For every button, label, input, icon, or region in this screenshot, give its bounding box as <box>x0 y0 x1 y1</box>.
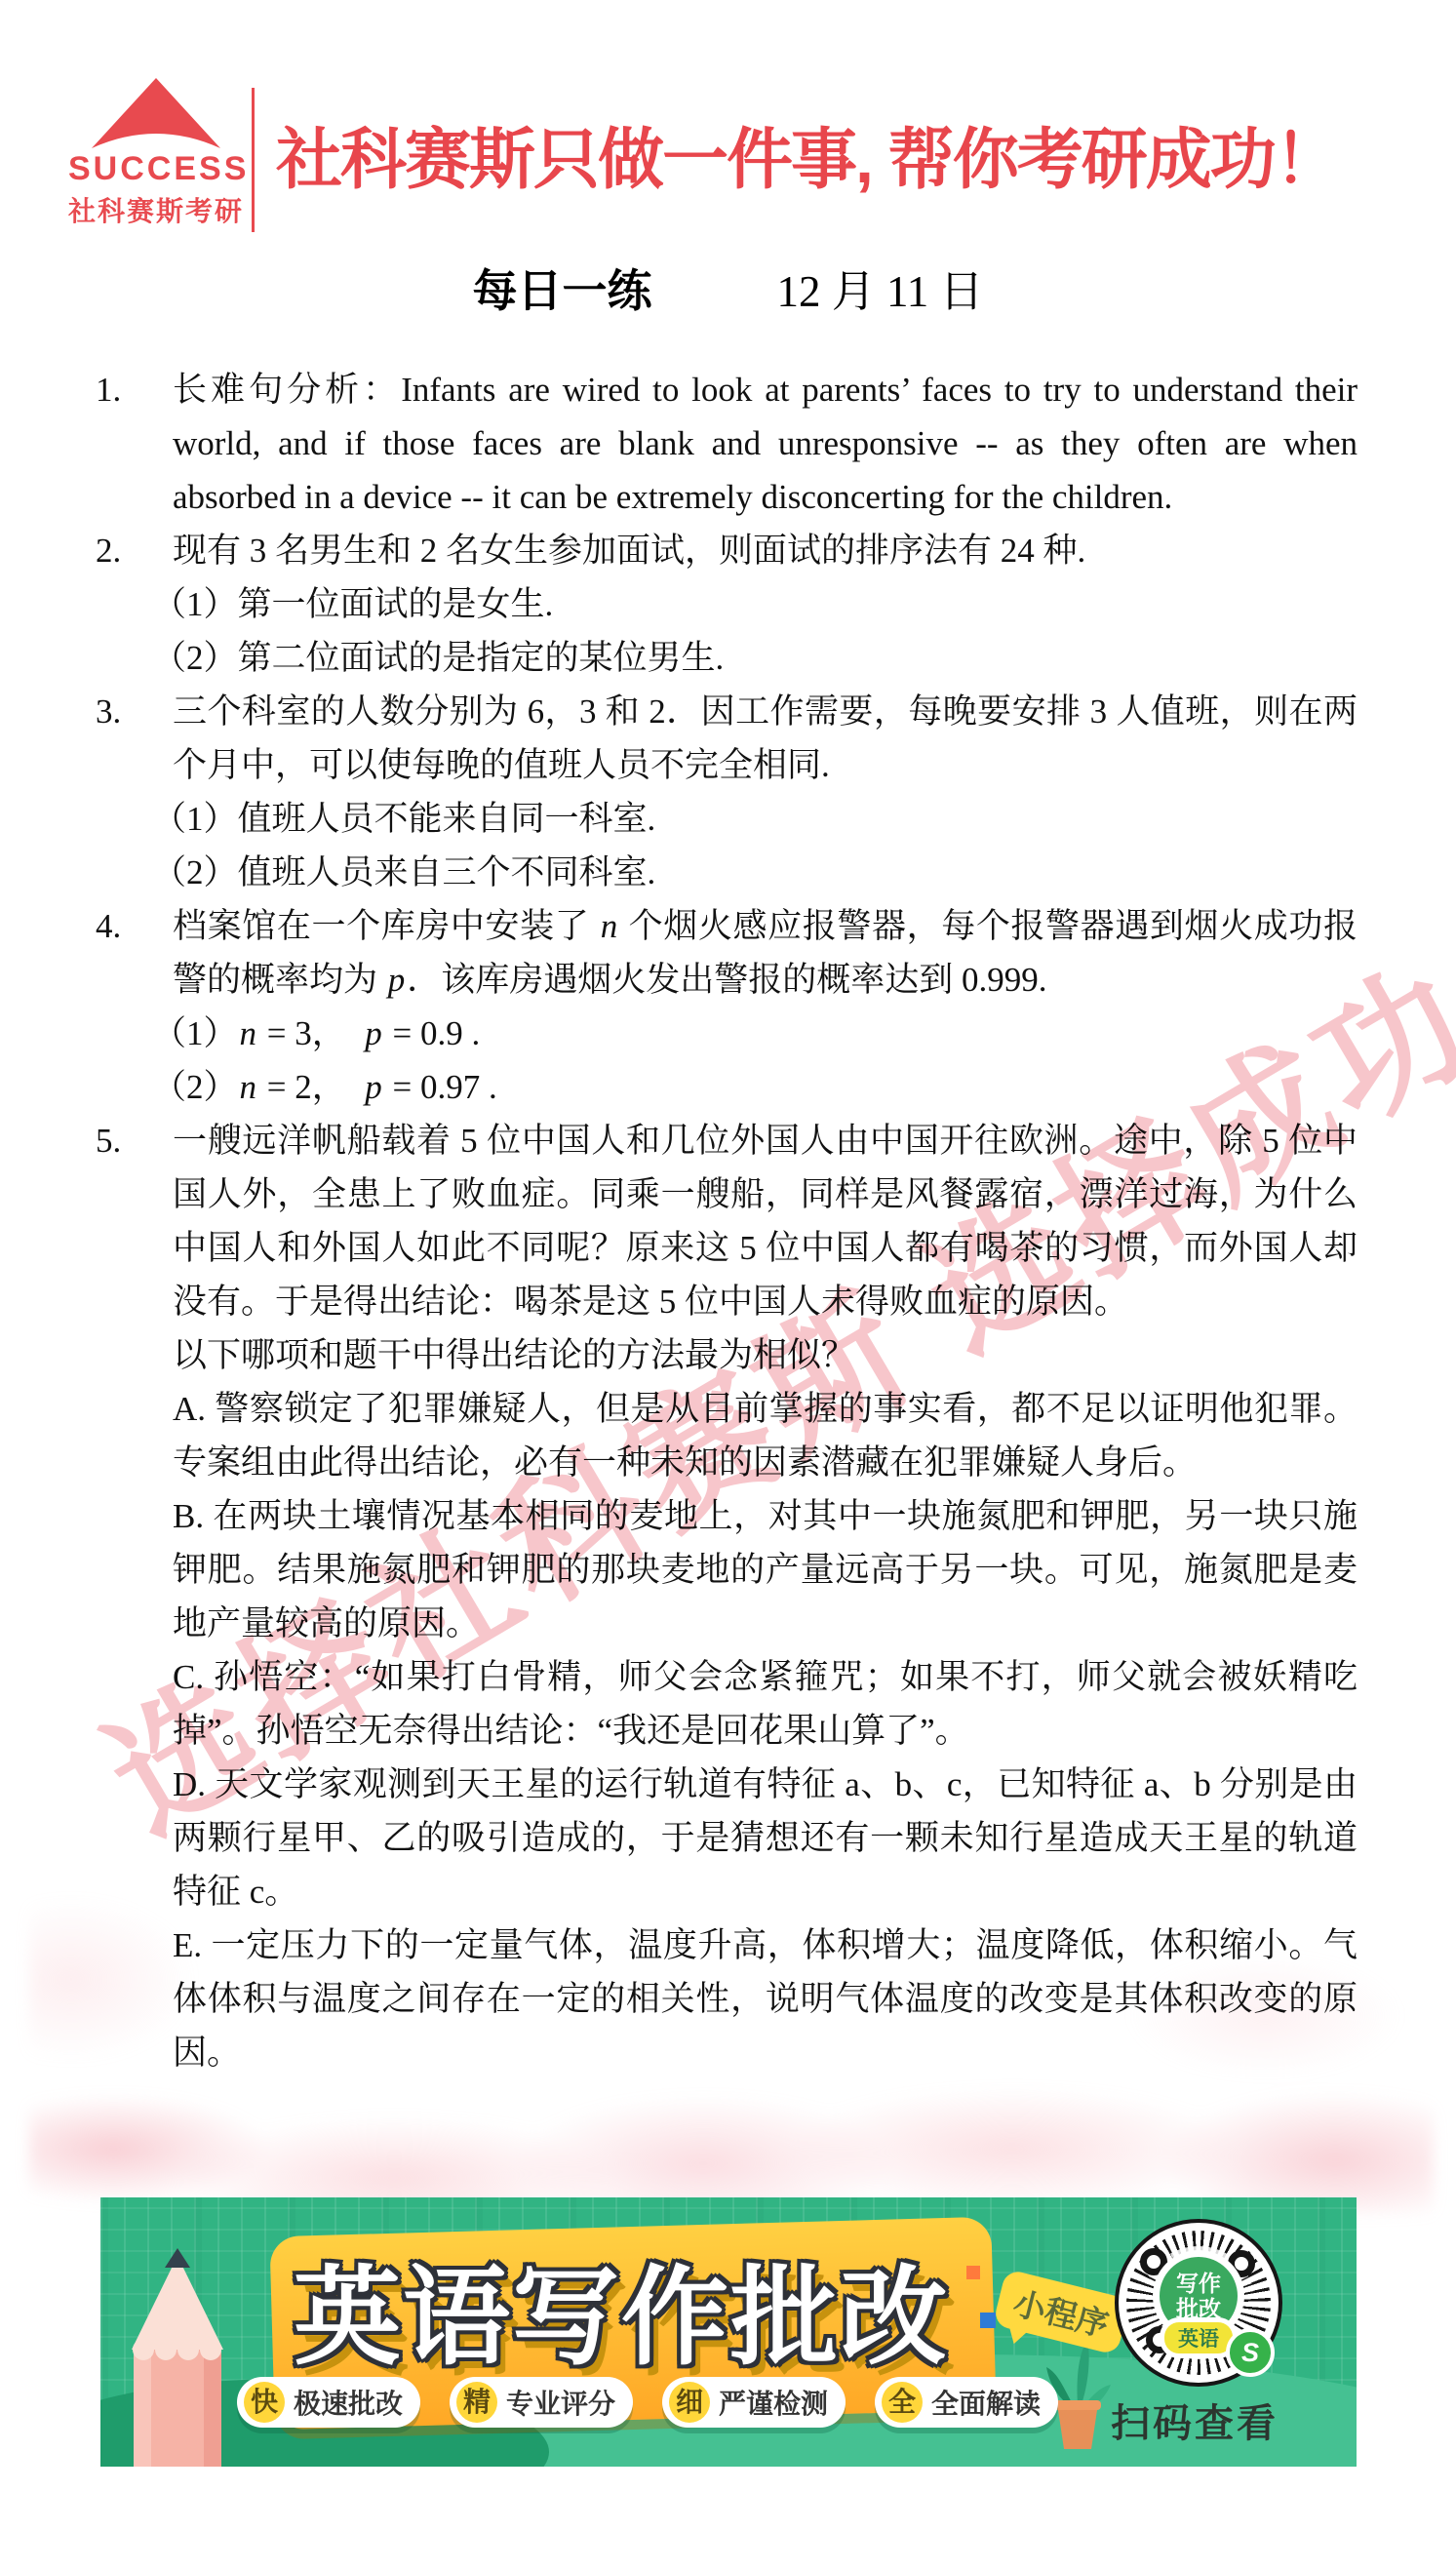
condition-1: （1）n = 3， p = 0.9 . <box>152 1007 1358 1060</box>
feature-pill-full: 全 全面解读 <box>875 2377 1058 2428</box>
accent-square-blue <box>980 2313 996 2328</box>
option-d: D. 天文学家观测到天王星的运行轨道有特征 a、b、c，已知特征 a、b 分别是… <box>173 1758 1358 1918</box>
feature-pill-pro: 精 专业评分 <box>450 2377 633 2428</box>
option-c: C. 孙悟空：“如果打白骨精，师父会念紧箍咒；如果不打，师父就会被妖精吃掉”。孙… <box>173 1650 1358 1758</box>
item-text: 三个科室的人数分别为 6，3 和 2．因工作需要，每晚要安排 3 人值班，则在两… <box>173 685 1358 792</box>
qr-label-line1: 写作 <box>1176 2271 1221 2296</box>
feature-label: 全面解读 <box>931 2383 1041 2422</box>
math-eq: = 3， <box>258 1014 363 1052</box>
doc-title-row: 每日一练 12 月 11 日 <box>0 256 1456 320</box>
feature-tag: 细 <box>669 2382 710 2423</box>
math-var-n: n <box>599 907 620 945</box>
feature-tag: 全 <box>882 2382 923 2423</box>
option-a: A. 警察锁定了犯罪嫌疑人，但是从目前掌握的事实看，都不足以证明他犯罪。专案组由… <box>173 1382 1358 1489</box>
item-text: 一艘远洋帆船载着 5 位中国人和几位外国人由中国开往欧洲。途中，除 5 位中国人… <box>173 1114 1358 1328</box>
feature-label: 极速批改 <box>294 2383 403 2422</box>
math-eq: = 2， <box>258 1068 363 1106</box>
math-var-n: n <box>238 1068 259 1106</box>
doc-date: 12 月 11 日 <box>776 256 983 319</box>
item-number: 2. <box>96 524 154 577</box>
qr-subject-pill: 英语 <box>1164 2322 1233 2353</box>
roof-icon <box>88 76 224 152</box>
question-item-1: 1. 长难句分析：Infants are wired to look at pa… <box>96 363 1358 524</box>
feature-tag: 精 <box>456 2382 497 2423</box>
pencil-illustration <box>120 2248 235 2467</box>
feature-pill-row: 快 极速批改 精 专业评分 细 严谨检测 全 全面解读 <box>237 2377 1058 2428</box>
math-var-p: p <box>363 1014 384 1052</box>
option-e: E. 一定压力下的一定量气体，温度升高，体积增大；温度降低，体积缩小。气体体积与… <box>173 1918 1358 2079</box>
header-slogan: 社科赛斯只做一件事, 帮你考研成功！ <box>276 117 1407 203</box>
condition-label: （2） <box>152 1068 238 1106</box>
qr-eye-icon <box>1140 2248 1167 2275</box>
math-eq: = 0.9 . <box>384 1014 481 1052</box>
qr-code: 写作 批改 英语 S <box>1115 2219 1282 2387</box>
feature-tag: 快 <box>244 2382 285 2423</box>
condition-1: （1）值班人员不能来自同一科室. <box>152 792 1358 846</box>
promo-title: 英语写作批改 <box>294 2248 976 2388</box>
item-question: 以下哪项和题干中得出结论的方法最为相似？ <box>173 1328 1358 1382</box>
item-number: 5. <box>96 1114 154 1167</box>
question-item-2: 2. 现有 3 名男生和 2 名女生参加面试，则面试的排序法有 24 种. （1… <box>96 524 1358 685</box>
brand-subtitle: 社科赛斯考研 <box>68 190 244 229</box>
qr-label-line2: 批改 <box>1176 2296 1221 2321</box>
condition-label: （1） <box>152 1014 238 1052</box>
success-logo: SUCCESS 社科赛斯考研 <box>68 76 244 229</box>
option-b: B. 在两块土壤情况基本相同的麦地上，对其中一块施氮肥和钾肥，另一块只施钾肥。结… <box>173 1489 1358 1650</box>
condition-2: （2）值班人员来自三个不同科室. <box>152 846 1358 899</box>
math-eq: = 0.97 . <box>384 1068 497 1106</box>
item-number: 3. <box>96 685 154 738</box>
question-list: 1. 长难句分析：Infants are wired to look at pa… <box>96 363 1358 2079</box>
scan-hint: 扫码查看 <box>1109 2392 1280 2448</box>
feature-pill-speed: 快 极速批改 <box>237 2377 420 2428</box>
item-number: 1. <box>96 363 154 416</box>
item-text: 现有 3 名男生和 2 名女生参加面试，则面试的排序法有 24 种. <box>173 524 1358 577</box>
condition-2: （2）n = 2， p = 0.97 . <box>152 1060 1358 1114</box>
item-lead: 长难句分析： <box>173 371 401 409</box>
qr-eye-icon <box>1228 2250 1255 2277</box>
daily-practice-page: SUCCESS 社科赛斯考研 社科赛斯只做一件事, 帮你考研成功！ 每日一练 1… <box>0 0 1456 2570</box>
math-var-p: p <box>386 961 408 999</box>
item-text: 长难句分析：Infants are wired to look at paren… <box>173 363 1358 524</box>
item-number: 4. <box>96 899 154 953</box>
math-var-n: n <box>238 1014 259 1052</box>
condition-2: （2）第二位面试的是指定的某位男生. <box>152 631 1358 685</box>
question-item-3: 3. 三个科室的人数分别为 6，3 和 2．因工作需要，每晚要安排 3 人值班，… <box>96 685 1358 899</box>
condition-1: （1）第一位面试的是女生. <box>152 577 1358 631</box>
brand-name: SUCCESS <box>68 152 244 187</box>
doc-title: 每日一练 <box>472 256 651 320</box>
feature-pill-detail: 细 严谨检测 <box>662 2377 846 2428</box>
item-text-part: ．该库房遇烟火发出警报的概率达到 0.999. <box>407 961 1046 999</box>
feature-label: 严谨检测 <box>719 2383 828 2422</box>
math-var-p: p <box>363 1068 384 1106</box>
promo-banner: 英语写作批改 小程序 快 极速批改 精 专业评分 细 严谨检测 全 全面解读 <box>100 2197 1357 2467</box>
item-text: 档案馆在一个库房中安装了 n 个烟火感应报警器，每个报警器遇到烟火成功报警的概率… <box>173 899 1358 1007</box>
miniprogram-s-icon: S <box>1226 2328 1275 2377</box>
question-item-4: 4. 档案馆在一个库房中安装了 n 个烟火感应报警器，每个报警器遇到烟火成功报警… <box>96 899 1358 1114</box>
feature-label: 专业评分 <box>506 2383 615 2422</box>
question-item-5: 5. 一艘远洋帆船载着 5 位中国人和几位外国人由中国开往欧洲。途中，除 5 位… <box>96 1114 1358 2079</box>
header-divider <box>252 88 255 232</box>
item-text-part: 档案馆在一个库房中安装了 <box>173 907 599 945</box>
